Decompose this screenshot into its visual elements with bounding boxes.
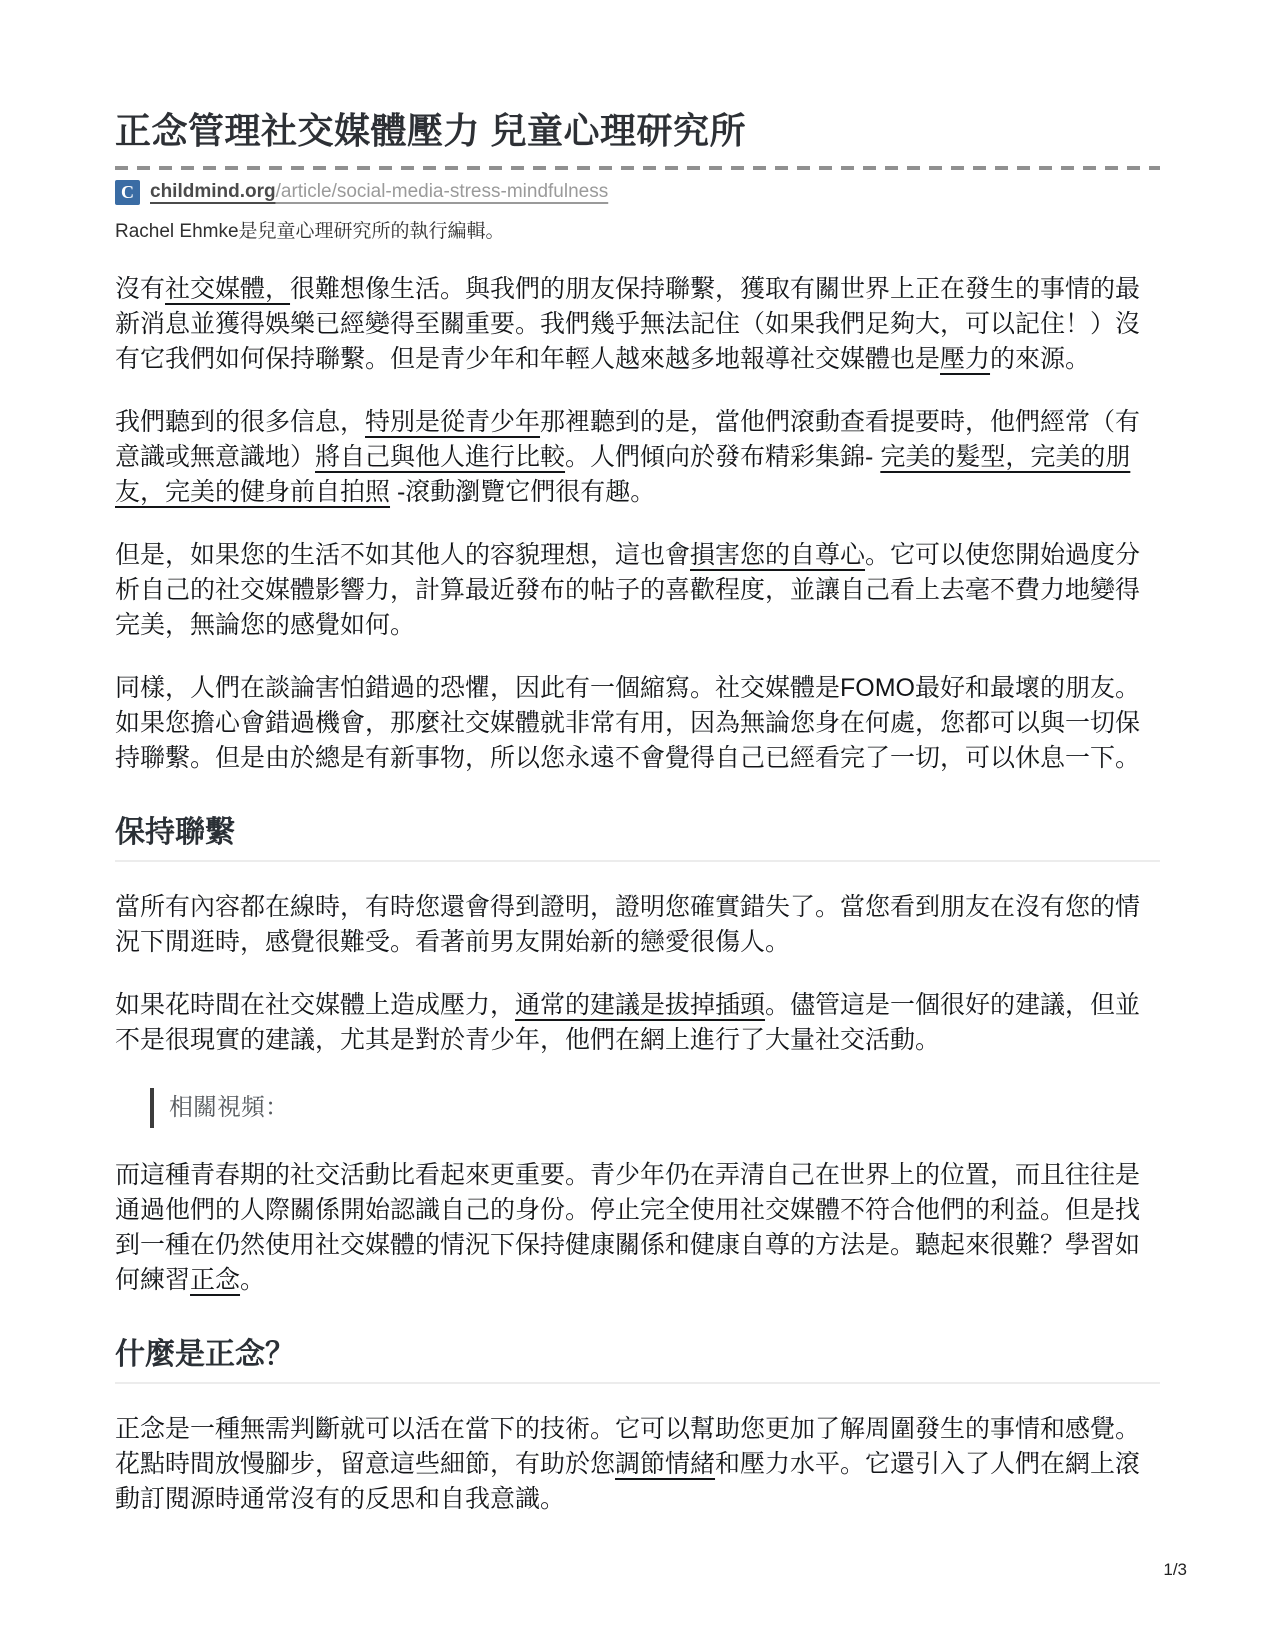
inline-link[interactable]: 通常的建議是拔掉插頭 bbox=[515, 991, 765, 1019]
article-paragraph: 但是，如果您的生活不如其他人的容貌理想，這也會損害您的自尊心。它可以使您開始過度… bbox=[115, 538, 1160, 643]
page-number: 1/3 bbox=[1163, 1560, 1187, 1580]
section-heading: 什麼是正念？ bbox=[115, 1336, 1160, 1384]
article-paragraph: 當所有內容都在線時，有時您還會得到證明，證明您確實錯失了。當您看到朋友在沒有您的… bbox=[115, 890, 1160, 960]
inline-link[interactable]: 正念 bbox=[190, 1266, 240, 1294]
source-row: C childmind.org/article/social-media-str… bbox=[115, 179, 1160, 205]
source-path: /article/social-media-stress-mindfulness bbox=[276, 181, 609, 202]
inline-link[interactable]: 調節情緒 bbox=[615, 1450, 715, 1478]
inline-link[interactable]: 損害您的自尊心 bbox=[690, 541, 865, 569]
byline: Rachel Ehmke是兒童心理研究所的執行編輯。 bbox=[115, 220, 1160, 244]
source-url-link[interactable]: childmind.org/article/social-media-stres… bbox=[150, 181, 608, 203]
paragraph-text: 。人們傾向於發布精彩集錦- bbox=[565, 443, 880, 471]
article-paragraph: 而這種青春期的社交活動比看起來更重要。青少年仍在弄清自己在世界上的位置，而且往往… bbox=[115, 1158, 1160, 1298]
paragraph-text: 如果花時間在社交媒體上造成壓力， bbox=[115, 991, 515, 1019]
paragraph-text: 而這種青春期的社交活動比看起來更重要。青少年仍在弄清自己在世界上的位置，而且往往… bbox=[115, 1161, 1140, 1294]
page-title: 正念管理社交媒體壓力 兒童心理研究所 bbox=[115, 108, 1160, 154]
source-domain: childmind.org bbox=[150, 181, 276, 202]
paragraph-text: 。 bbox=[240, 1266, 265, 1294]
paragraph-text: 沒有 bbox=[115, 275, 165, 303]
article-paragraph: 同樣，人們在談論害怕錯過的恐懼，因此有一個縮寫。社交媒體是FOMO最好和最壞的朋… bbox=[115, 671, 1160, 776]
paragraph-text: 我們聽到的很多信息， bbox=[115, 408, 365, 436]
article-paragraph: 沒有社交媒體，很難想像生活。與我們的朋友保持聯繫，獲取有關世界上正在發生的事情的… bbox=[115, 272, 1160, 377]
paragraph-text: 但是，如果您的生活不如其他人的容貌理想，這也會 bbox=[115, 541, 690, 569]
inline-link[interactable]: 壓力 bbox=[940, 345, 990, 373]
inline-link[interactable]: 社交媒體， bbox=[165, 275, 290, 303]
article-paragraph: 我們聽到的很多信息，特別是從青少年那裡聽到的是，當他們滾動查看提要時，他們經常（… bbox=[115, 405, 1160, 510]
paragraph-text: -滾動瀏覽它們很有趣。 bbox=[390, 478, 655, 506]
paragraph-text: 的來源。 bbox=[990, 345, 1090, 373]
document-page: 正念管理社交媒體壓力 兒童心理研究所 C childmind.org/artic… bbox=[0, 0, 1275, 1517]
section-heading: 保持聯繫 bbox=[115, 814, 1160, 862]
article-paragraph: 正念是一種無需判斷就可以活在當下的技術。它可以幫助您更加了解周圍發生的事情和感覺… bbox=[115, 1412, 1160, 1517]
related-video-quote: 相關視頻： bbox=[150, 1088, 1160, 1128]
inline-link[interactable]: 將自己與他人進行比較 bbox=[315, 443, 565, 471]
article-paragraph: 如果花時間在社交媒體上造成壓力，通常的建議是拔掉插頭。儘管這是一個很好的建議，但… bbox=[115, 988, 1160, 1058]
article-body: 沒有社交媒體，很難想像生活。與我們的朋友保持聯繫，獲取有關世界上正在發生的事情的… bbox=[115, 272, 1160, 1517]
paragraph-text: 當所有內容都在線時，有時您還會得到證明，證明您確實錯失了。當您看到朋友在沒有您的… bbox=[115, 893, 1140, 956]
site-favicon-icon: C bbox=[115, 180, 140, 205]
dashed-separator bbox=[115, 166, 1160, 170]
paragraph-text: 同樣，人們在談論害怕錯過的恐懼，因此有一個縮寫。社交媒體是FOMO最好和最壞的朋… bbox=[115, 674, 1140, 772]
inline-link[interactable]: 特別是從青少年 bbox=[365, 408, 540, 436]
